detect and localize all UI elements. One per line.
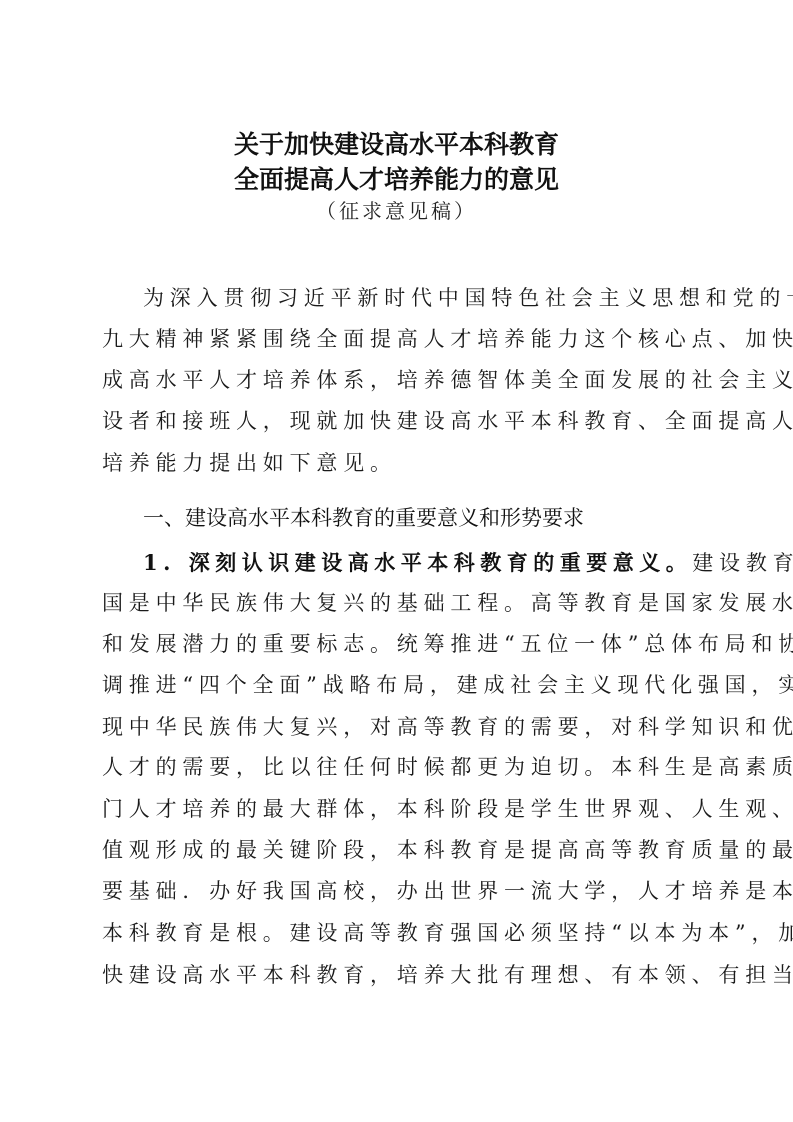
item-1-first-line: 1. 深刻认识建设高水平本科教育的重要意义。建设教育强	[143, 548, 743, 578]
intro-paragraph-line: 培养能力提出如下意见。	[102, 448, 702, 478]
item-1-line: 本科教育是根。建设高等教育强国必须坚持“以本为本”，加	[102, 918, 702, 948]
item-1-text: 建设教育强	[692, 551, 793, 575]
document-title-line-2: 全面提高人才培养能力的意见	[0, 162, 793, 197]
item-1-line: 门人才培养的最大群体，本科阶段是学生世界观、人生观、价	[102, 794, 702, 824]
item-1-line: 要基础．办好我国高校，办出世界一流大学，人才培养是本，	[102, 876, 702, 906]
item-1-line: 调推进“四个全面”战略布局，建成社会主义现代化强国，实	[102, 670, 702, 700]
item-1-bold-lead: 1. 深刻认识建设高水平本科教育的重要意义。	[143, 550, 692, 575]
intro-paragraph-line: 九大精神紧紧围绕全面提高人才培养能力这个核心点、加快形	[102, 324, 702, 354]
item-1-line: 国是中华民族伟大复兴的基础工程。高等教育是国家发展水平	[102, 588, 702, 618]
section-heading: 一、建设高水平本科教育的重要意义和形势要求	[143, 503, 584, 533]
item-1-line: 快建设高水平本科教育，培养大批有理想、有本领、有担当的	[102, 960, 702, 990]
document-subtitle: （征求意见稿）	[0, 197, 793, 225]
intro-paragraph-line: 设者和接班人，现就加快建设高水平本科教育、全面提高人才	[102, 406, 702, 436]
document-title-line-1: 关于加快建设高水平本科教育	[0, 127, 793, 162]
item-1-line: 值观形成的最关键阶段，本科教育是提高高等教育质量的最重	[102, 835, 702, 865]
item-1-line: 和发展潜力的重要标志。统筹推进“五位一体”总体布局和协	[102, 629, 702, 659]
intro-paragraph-line: 为深入贯彻习近平新时代中国特色社会主义思想和党的十	[143, 283, 743, 313]
intro-paragraph-line: 成高水平人才培养体系，培养德智体美全面发展的社会主义建	[102, 365, 702, 395]
item-1-line: 人才的需要，比以往任何时候都更为迫切。本科生是高素质专	[102, 752, 702, 782]
document-page: 关于加快建设高水平本科教育 全面提高人才培养能力的意见 （征求意见稿） 为深入贯…	[0, 0, 793, 1122]
item-1-line: 现中华民族伟大复兴，对高等教育的需要，对科学知识和优秀	[102, 712, 702, 742]
